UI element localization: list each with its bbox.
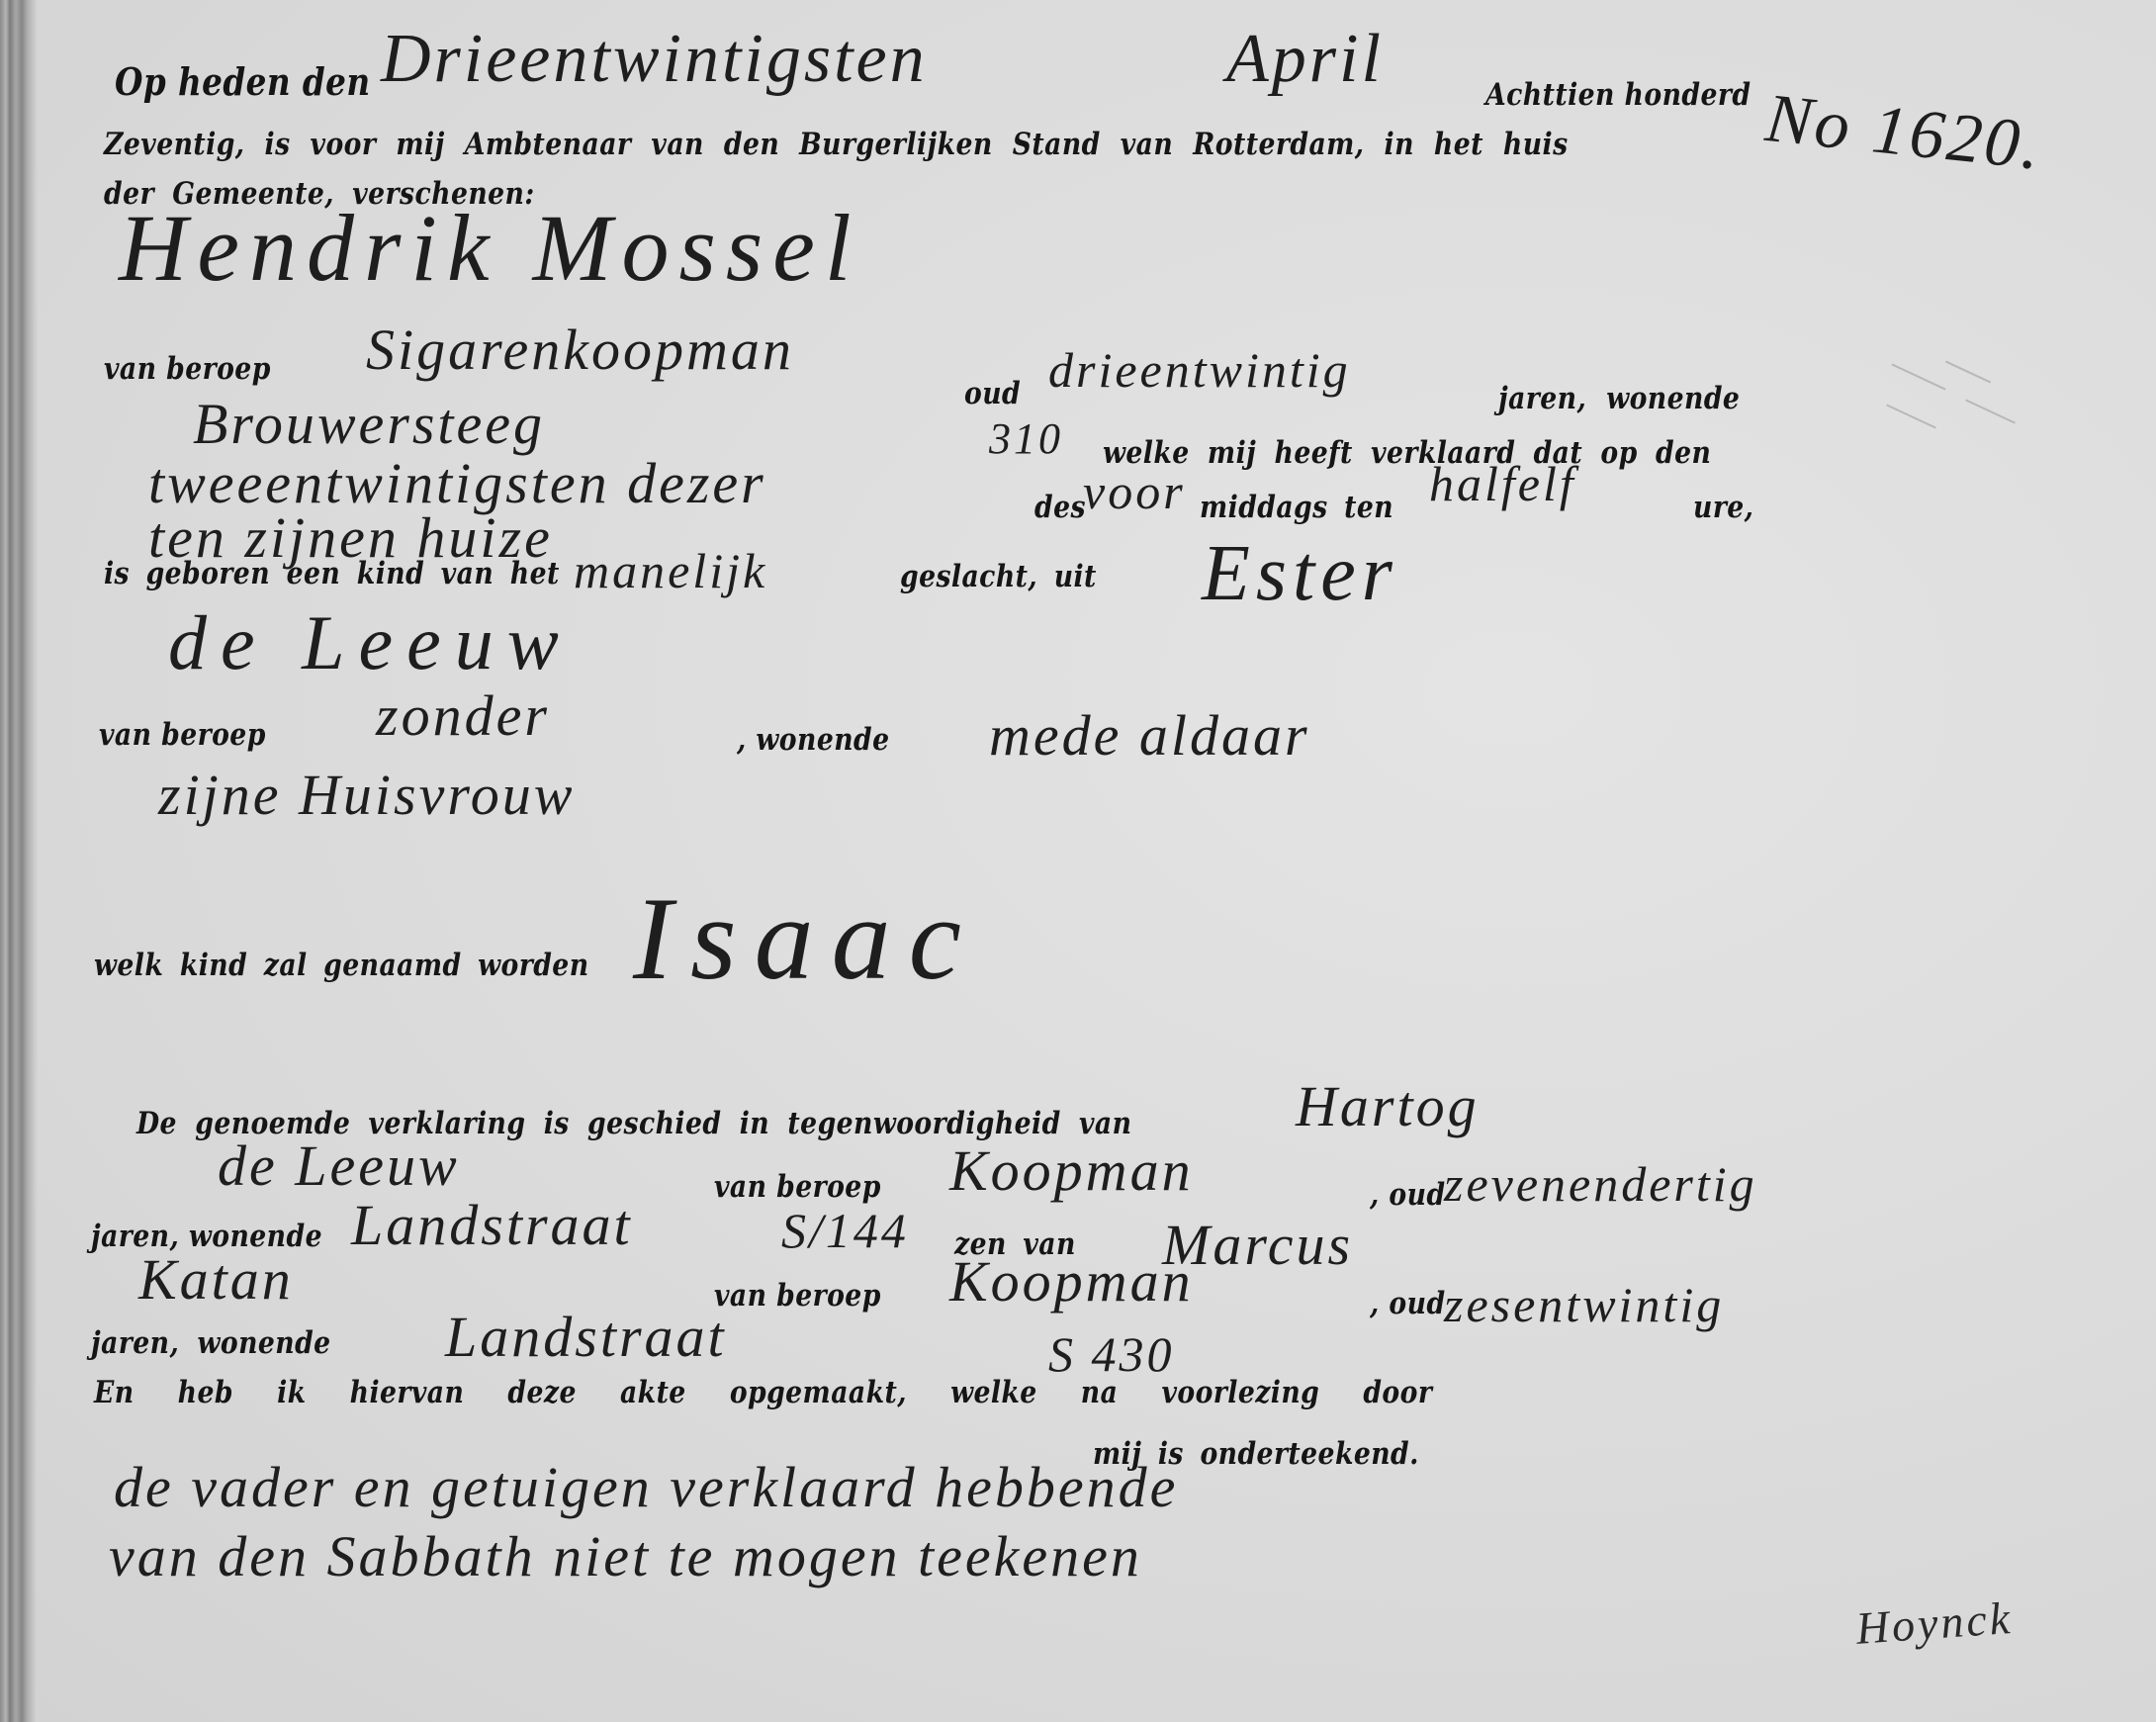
printed-oud-3: , oud — [1370, 1177, 1446, 1213]
hw-father-age: drieentwintig — [1048, 341, 1351, 399]
printed-van-beroep-4: van beroep — [714, 1278, 881, 1314]
printed-jaren-wonende-1: jaren, wonende — [1498, 381, 1740, 416]
hw-date-day: Drieentwintigsten — [381, 20, 928, 99]
record-number: No 1620. — [1762, 79, 2047, 187]
hw-child-name: Isaac — [633, 870, 979, 1007]
hw-birth-daypart: voor — [1083, 463, 1186, 520]
bleed-mark — [1891, 363, 1945, 390]
printed-ure: ure, — [1693, 490, 1753, 525]
bleed-mark — [1886, 404, 1936, 428]
hw-witness2-address: Landstraat — [445, 1304, 727, 1370]
hw-mother-relation: zijne Huisvrouw — [158, 762, 575, 828]
printed-achttien-honderd: Achttien honderd — [1485, 77, 1751, 113]
printed-van-beroep-2: van beroep — [99, 717, 266, 753]
printed-line2: Zeventig, is voor mij Ambtenaar van den … — [104, 127, 1569, 162]
hw-witness2-age: zesentwintig — [1444, 1276, 1724, 1333]
printed-oud-4: , oud — [1370, 1286, 1446, 1321]
hw-mother-address: mede aldaar — [989, 702, 1310, 769]
hw-father-occupation: Sigarenkoopman — [366, 317, 794, 383]
scanned-page: Op heden den Drieentwintigsten April Ach… — [0, 0, 2156, 1722]
hw-note-line2: van den Sabbath niet te mogen teekenen — [109, 1523, 1142, 1589]
printed-geboren: is geboren een kind van het — [104, 556, 560, 591]
printed-des: des — [1034, 490, 1086, 525]
hw-witness2-last: Katan — [138, 1246, 294, 1313]
printed-akte: En heb ik hiervan deze akte opgemaakt, w… — [94, 1375, 1432, 1410]
hw-date-month: April — [1226, 20, 1384, 99]
bleed-mark — [1945, 361, 1991, 384]
hw-father-address: Brouwersteeg — [193, 391, 545, 457]
hw-father-name: Hendrik Mossel — [119, 193, 861, 303]
book-binding-edge — [0, 0, 38, 1722]
hw-witness1-occupation: Koopman — [949, 1137, 1194, 1204]
hw-witness1-first: Hartog — [1296, 1073, 1480, 1139]
hw-mother-last: de Leeuw — [168, 598, 573, 687]
printed-geslacht-uit: geslacht, uit — [900, 559, 1097, 594]
hw-witness2-occupation: Koopman — [949, 1248, 1194, 1314]
printed-op-heden: Op heden den — [115, 59, 371, 104]
hw-father-address-num: 310 — [989, 413, 1063, 464]
printed-van-beroep-1: van beroep — [104, 351, 271, 387]
printed-welke-verklaard: welke mij heeft verklaard dat op den — [1103, 435, 1711, 471]
hw-mother-first: Ester — [1202, 529, 1398, 619]
official-signature: Hoynck — [1854, 1591, 2015, 1655]
printed-middags-ten: middags ten — [1200, 490, 1393, 525]
printed-jaren-wonende-4: jaren, wonende — [91, 1325, 331, 1361]
printed-genaamd: welk kind zal genaamd worden — [94, 948, 589, 983]
bleed-mark — [1965, 399, 2016, 423]
printed-van-beroep-3: van beroep — [714, 1169, 881, 1205]
hw-note-line1: de vader en getuigen verklaard hebbende — [114, 1454, 1178, 1520]
hw-witness1-address: Landstraat — [351, 1192, 633, 1258]
printed-oud-1: oud — [964, 376, 1021, 411]
hw-birth-time: halfelf — [1429, 455, 1576, 512]
hw-mother-occupation: zonder — [376, 682, 550, 749]
hw-child-sex: manelijk — [574, 542, 767, 599]
printed-wonende-2: , wonende — [737, 722, 890, 758]
hw-witness1-last: de Leeuw — [218, 1133, 460, 1199]
hw-witness1-age: zevenendertig — [1444, 1155, 1757, 1213]
hw-witness1-address-num: S/144 — [781, 1202, 909, 1259]
